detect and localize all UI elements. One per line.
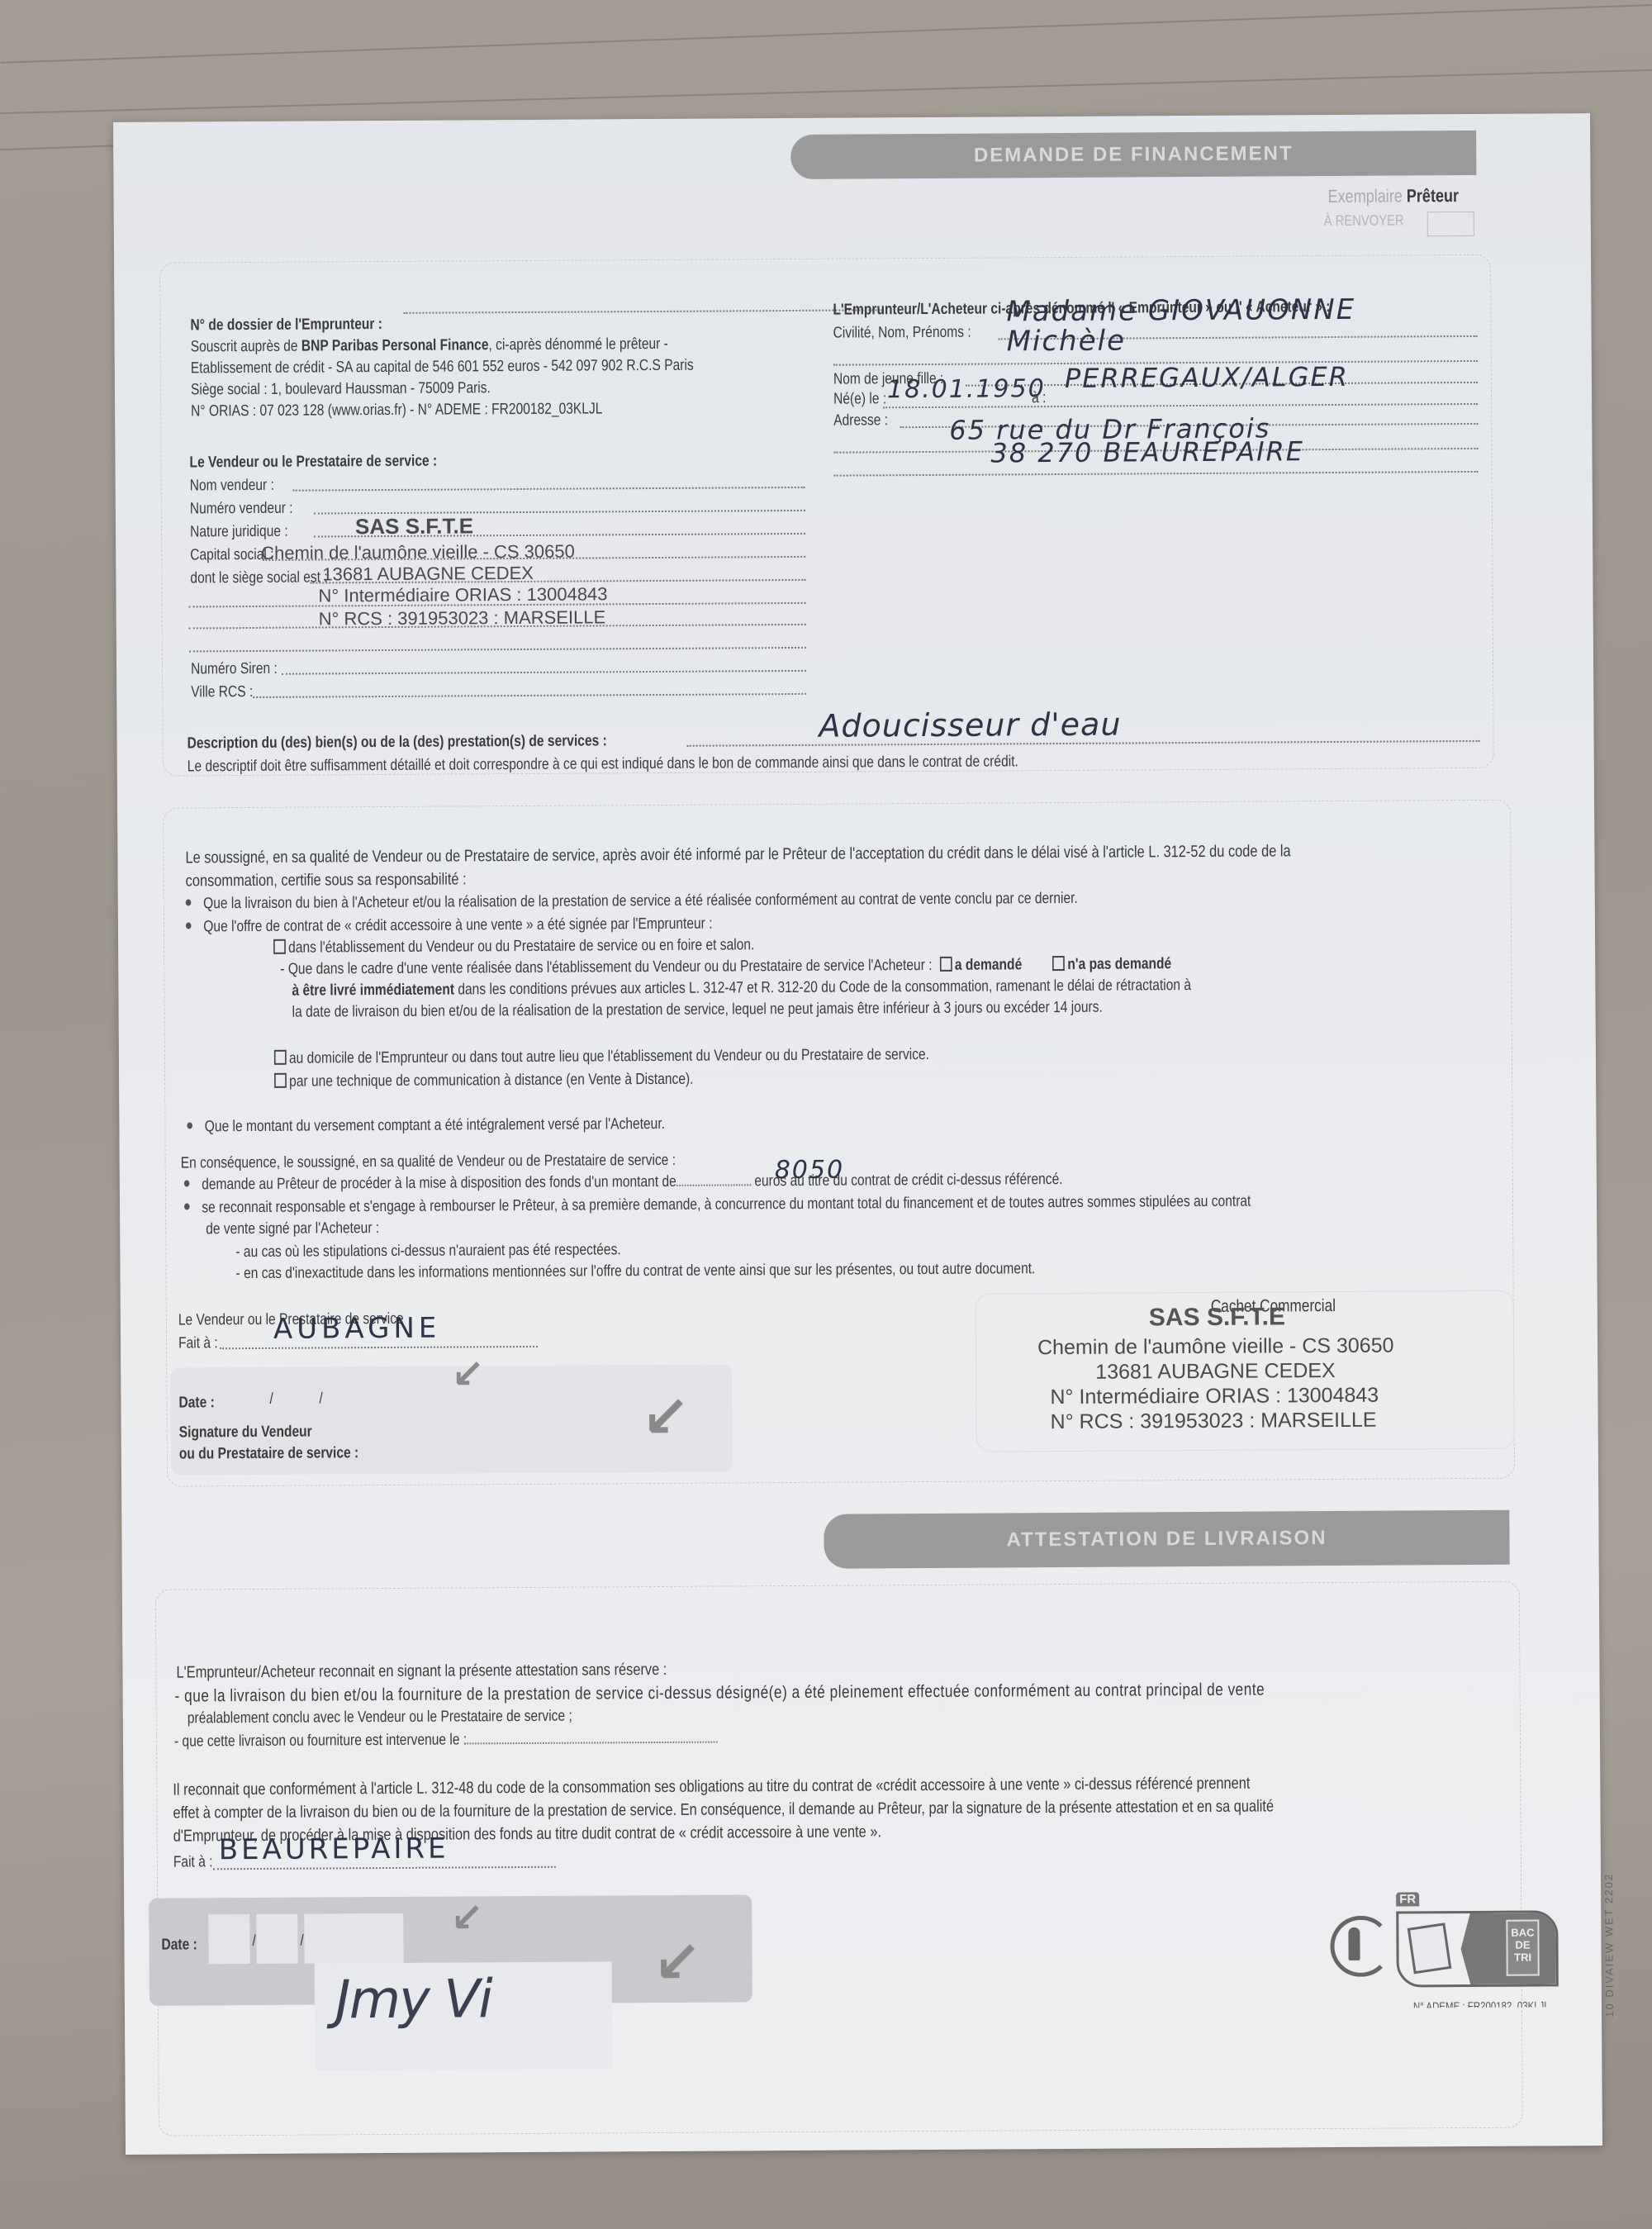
consequence: En conséquence, le soussigné, en sa qual…	[181, 1152, 676, 1173]
return-label: À RENVOYER	[1324, 211, 1404, 230]
person-recycling-icon	[1348, 1927, 1360, 1960]
description-label: Description du (des) bien(s) ou de la (d…	[188, 732, 607, 753]
distance-checkbox[interactable]	[274, 1073, 287, 1088]
sign-here-arrow-icon: ↙	[450, 1894, 484, 1941]
hq-label: dont le siège social est :	[190, 568, 327, 587]
financing-request-form: DEMANDE DE FINANCEMENT Exemplaire Prêteu…	[113, 113, 1602, 2155]
delivery-made-at-label: Fait à :	[173, 1853, 213, 1871]
form-title: DEMANDE DE FINANCEMENT	[974, 142, 1294, 167]
vendor-date-sep-2[interactable]: /	[319, 1390, 322, 1408]
born-label: Né(e) le :	[833, 390, 886, 408]
ademe-footer: N° ADEME : FR200182_03KLJL	[1413, 1998, 1550, 2008]
delivery-intro: L'Emprunteur/Acheteur reconnait en signa…	[176, 1661, 667, 1683]
cert-bullet-3: Que le montant du versement comptant a é…	[187, 1115, 665, 1137]
vendor-made-at-value: AUBAGNE	[273, 1312, 441, 1346]
delivery-item-1-line-2: préalablement conclu avec le Vendeur ou …	[188, 1708, 572, 1728]
date-entry-cell[interactable]	[256, 1914, 297, 1964]
date-entry-cell[interactable]	[208, 1914, 249, 1964]
asked-checkbox[interactable]	[940, 957, 952, 972]
cert-bullet-2: Que l'offre de contrat de « crédit acces…	[186, 915, 713, 937]
delivery-date-sep-2: /	[300, 1932, 303, 1951]
civility-value-2: Michèle	[1007, 325, 1127, 359]
recycling-bin-icon: BAC DE TRI	[1506, 1919, 1539, 1975]
not-asked-checkbox[interactable]	[1052, 956, 1065, 971]
stamp-line-1: Chemin de l'aumône vieille - CS 30650	[1037, 1334, 1394, 1361]
stamp-line-3: N° Intermédiaire ORIAS : 13004843	[1050, 1384, 1379, 1409]
delivery-date-label: Date :	[161, 1936, 197, 1954]
vendor-date-sep-1[interactable]: /	[269, 1390, 273, 1409]
bullet-icon	[184, 1180, 190, 1186]
stamp-line-4: N° RCS : 391953023 : MARSEILLE	[1051, 1409, 1377, 1434]
bullet-icon	[186, 922, 192, 929]
capital-value: Chemin de l'aumône vieille - CS 30650	[261, 541, 575, 564]
copy-label: Exemplaire Prêteur	[1327, 185, 1459, 207]
vendor-made-at-label: Fait à :	[178, 1334, 218, 1352]
vendor-name-label: Nom vendeur :	[190, 477, 274, 496]
stamp-line-2: 13681 AUBAGNE CEDEX	[1095, 1359, 1336, 1385]
legal-nature-label: Nature juridique :	[190, 523, 288, 542]
siren-label: Numéro Siren :	[191, 660, 278, 679]
envelope-icon	[1427, 211, 1474, 236]
sign-here-arrow-icon: ↙	[653, 1928, 701, 1996]
info-tri-logo: BAC DE TRI	[1396, 1910, 1559, 1987]
civility-label: Civilité, Nom, Prénoms :	[833, 324, 971, 343]
lender-line4: N° ORIAS : 07 023 128 (www.orias.fr) - N…	[191, 400, 602, 421]
bullet-icon	[184, 1203, 190, 1210]
address-label: Adresse :	[833, 411, 888, 430]
date-entry-cell[interactable]	[304, 1913, 403, 1964]
born-value: 18.01.1950	[887, 374, 1046, 404]
cert-intro-2: consommation, certifie sous sa responsab…	[186, 870, 467, 891]
dossier-label: N° de dossier de l'Emprunteur :	[190, 316, 382, 335]
delivery-date-sep-1: /	[252, 1932, 255, 1951]
stamp-company: SAS S.F.T.E	[1149, 1303, 1285, 1332]
wood-grain	[0, 69, 1651, 114]
delivery-date-field[interactable]	[467, 1742, 717, 1745]
delivery-title-band: ATTESTATION DE LIVRAISON	[824, 1510, 1509, 1569]
rcs-city-label: Ville RCS :	[191, 683, 253, 701]
lender-line3: Siège social : 1, boulevard Haussman - 7…	[191, 379, 491, 399]
establishment-checkbox[interactable]	[273, 939, 286, 954]
delivery-made-at-value: BEAUREPAIRE	[219, 1832, 449, 1867]
vendor-date-label: Date :	[178, 1394, 214, 1412]
case-1: - au cas où les stipulations ci-dessus n…	[235, 1241, 620, 1262]
wood-grain	[1, 4, 1652, 64]
paper-icon	[1408, 1922, 1452, 1974]
buyer-signature: Jmy Vi	[335, 1969, 491, 2031]
triman-logo	[1330, 1916, 1391, 1977]
responsible-line-2: de vente signé par l'Acheteur :	[206, 1219, 379, 1238]
vendor-signature-label-2: ou du Prestataire de service :	[179, 1444, 358, 1463]
vendor-number-label: Numéro vendeur :	[190, 500, 293, 519]
option-distance[interactable]: par une technique de communication à dis…	[274, 1071, 694, 1091]
born-at-value: PERREGAUX/ALGER	[1065, 361, 1349, 394]
civility-value-1: Madame GIOVAUONNE	[1006, 293, 1355, 329]
address-value-2: 38 270 BEAUREPAIRE	[990, 435, 1304, 468]
side-print-text: 10 DIVAIEW WET 2202	[1602, 1873, 1616, 2018]
vendor-signature-label-1: Signature du Vendeur	[179, 1423, 312, 1442]
bullet-icon	[187, 1122, 192, 1129]
sign-here-arrow-icon: ↙	[641, 1383, 690, 1451]
home-checkbox[interactable]	[274, 1050, 287, 1065]
vendor-heading: Le Vendeur ou le Prestataire de service …	[189, 453, 437, 473]
sign-here-arrow-icon: ↙	[451, 1351, 485, 1397]
lender-line2: Etablissement de crédit - SA au capital …	[191, 357, 694, 378]
delivery-title: ATTESTATION DE LIVRAISON	[1006, 1527, 1327, 1552]
option-establishment[interactable]: dans l'établissement du Vendeur ou du Pr…	[273, 936, 754, 958]
bullet-icon	[186, 899, 192, 905]
form-title-band: DEMANDE DE FINANCEMENT	[790, 131, 1476, 179]
born-at-label: à :	[1032, 389, 1046, 407]
amount-field[interactable]	[676, 1184, 751, 1186]
delivery-item-2: - que cette livraison ou fourniture est …	[174, 1730, 718, 1751]
amount-value: 8050	[775, 1156, 845, 1186]
description-value: Adoucisseur d'eau	[819, 706, 1121, 744]
country-tab: FR	[1396, 1892, 1419, 1906]
lender-line1: Souscrit auprès de BNP Paribas Personal …	[191, 335, 668, 357]
